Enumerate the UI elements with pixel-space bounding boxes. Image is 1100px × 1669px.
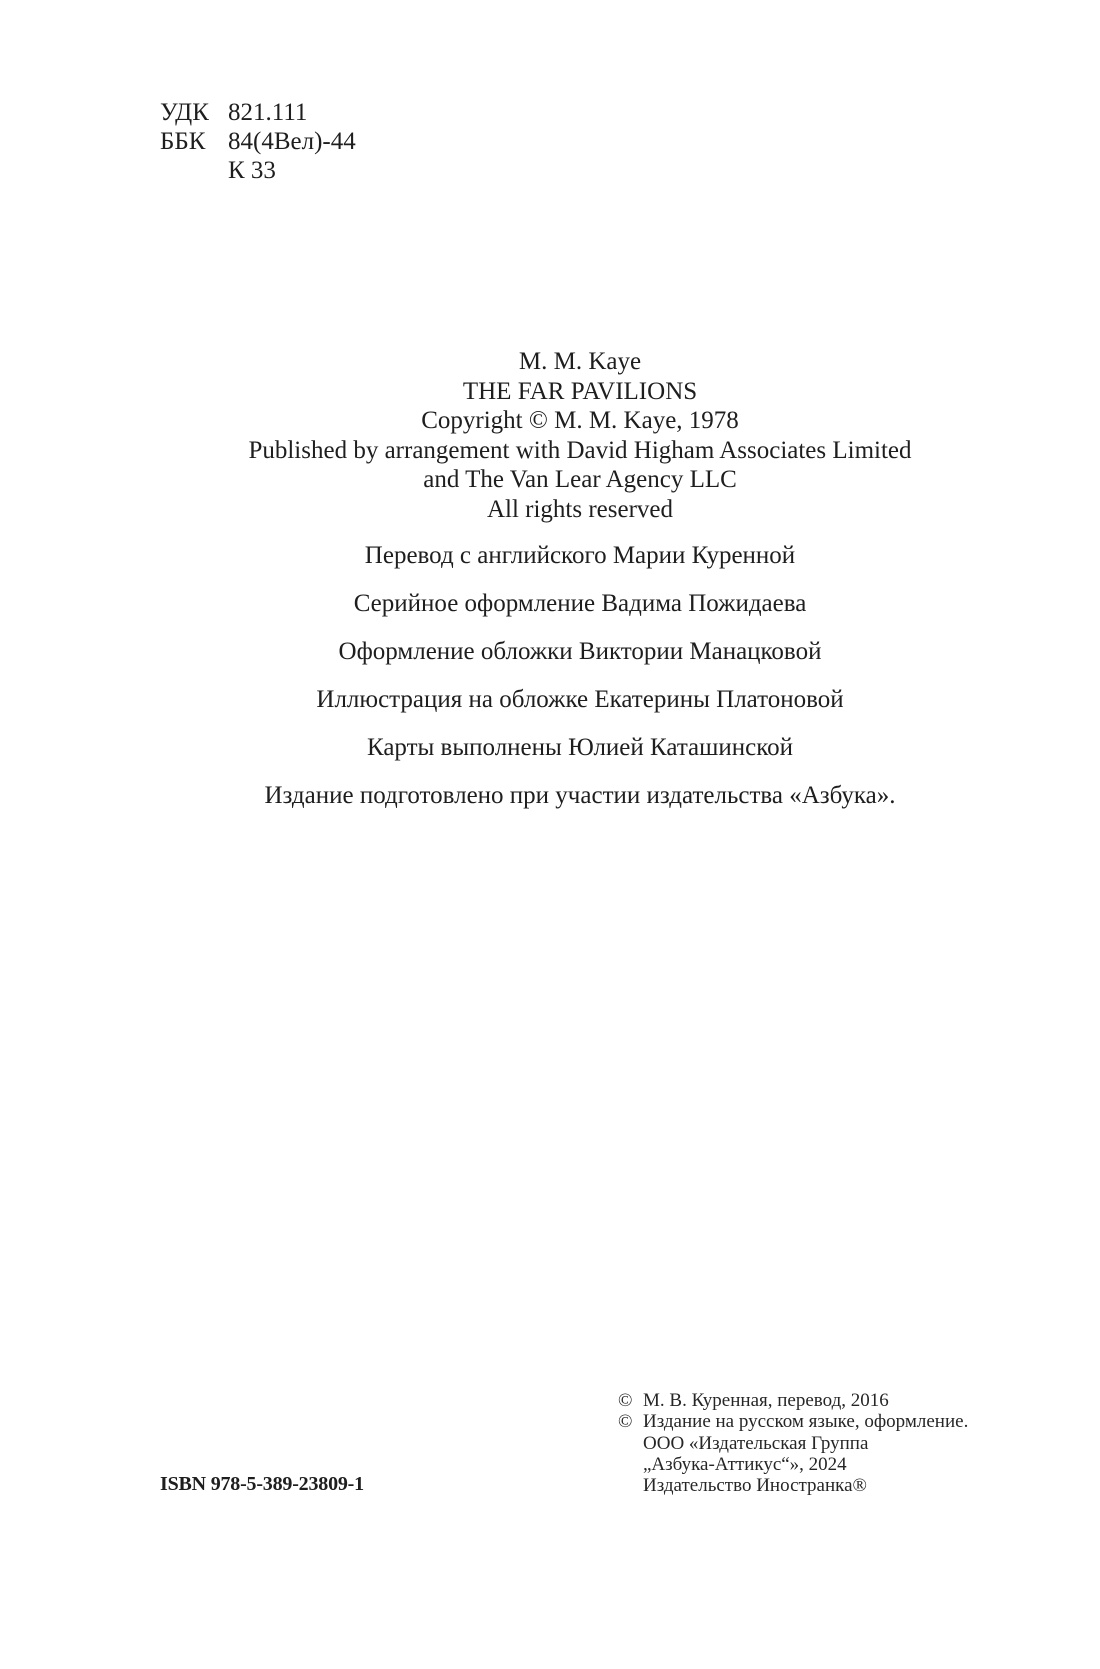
original-edition-info: M. M. Kaye THE FAR PAVILIONS Copyright ©…: [0, 347, 1100, 524]
credits-block: M. M. Kaye THE FAR PAVILIONS Copyright ©…: [0, 347, 1100, 829]
isbn: ISBN 978-5-389-23809-1: [160, 1473, 364, 1496]
copyright-notice: ООО «Издательская Группа: [618, 1433, 968, 1454]
copyright-text: „Азбука-Аттикус“», 2024: [643, 1454, 847, 1475]
maps-credit: Карты выполнены Юлией Каташинской: [0, 733, 1100, 763]
bbk-label: ББК: [160, 127, 228, 156]
copyright-symbol-icon: ©: [618, 1390, 643, 1411]
bbk-row: ББК 84(4Вел)-44: [160, 127, 356, 156]
copyright-notice: Издательство Иностранка®: [618, 1475, 968, 1496]
cover-design-credit: Оформление обложки Виктории Манацковой: [0, 637, 1100, 667]
library-classification: УДК 821.111 ББК 84(4Вел)-44 К 33: [160, 98, 356, 185]
publisher-participation-note: Издание подготовлено при участии издател…: [0, 781, 1100, 811]
arrangement-line-1: Published by arrangement with David High…: [0, 436, 1100, 466]
copyright-notice: „Азбука-Аттикус“», 2024: [618, 1454, 968, 1475]
udk-value: 821.111: [228, 98, 307, 127]
copyright-text: Издательство Иностранка®: [643, 1475, 867, 1496]
udk-label: УДК: [160, 98, 228, 127]
copyright-text: Издание на русском языке, оформление.: [643, 1411, 968, 1432]
copyright-text: М. В. Куренная, перевод, 2016: [643, 1390, 889, 1411]
translator-credit: Перевод с английского Марии Куренной: [0, 541, 1100, 571]
bbk-value: 84(4Вел)-44: [228, 127, 356, 156]
copyright-notice: © М. В. Куренная, перевод, 2016: [618, 1390, 968, 1411]
staff-credits: Перевод с английского Марии Куренной Сер…: [0, 541, 1100, 811]
copyright-notices: © М. В. Куренная, перевод, 2016 © Издани…: [618, 1390, 968, 1496]
udk-row: УДК 821.111: [160, 98, 356, 127]
original-author: M. M. Kaye: [0, 347, 1100, 377]
cover-illustration-credit: Иллюстрация на обложке Екатерины Платоно…: [0, 685, 1100, 715]
arrangement-line-2: and The Van Lear Agency LLC: [0, 465, 1100, 495]
rights-reserved: All rights reserved: [0, 495, 1100, 525]
original-copyright: Copyright © M. M. Kaye, 1978: [0, 406, 1100, 436]
author-mark-row: К 33: [160, 156, 356, 185]
copyright-notice: © Издание на русском языке, оформление.: [618, 1411, 968, 1432]
series-design-credit: Серийное оформление Вадима Пожидаева: [0, 589, 1100, 619]
copyright-text: ООО «Издательская Группа: [643, 1433, 868, 1454]
original-title: THE FAR PAVILIONS: [0, 377, 1100, 407]
copyright-symbol-icon: ©: [618, 1411, 643, 1432]
author-mark: К 33: [228, 156, 276, 185]
